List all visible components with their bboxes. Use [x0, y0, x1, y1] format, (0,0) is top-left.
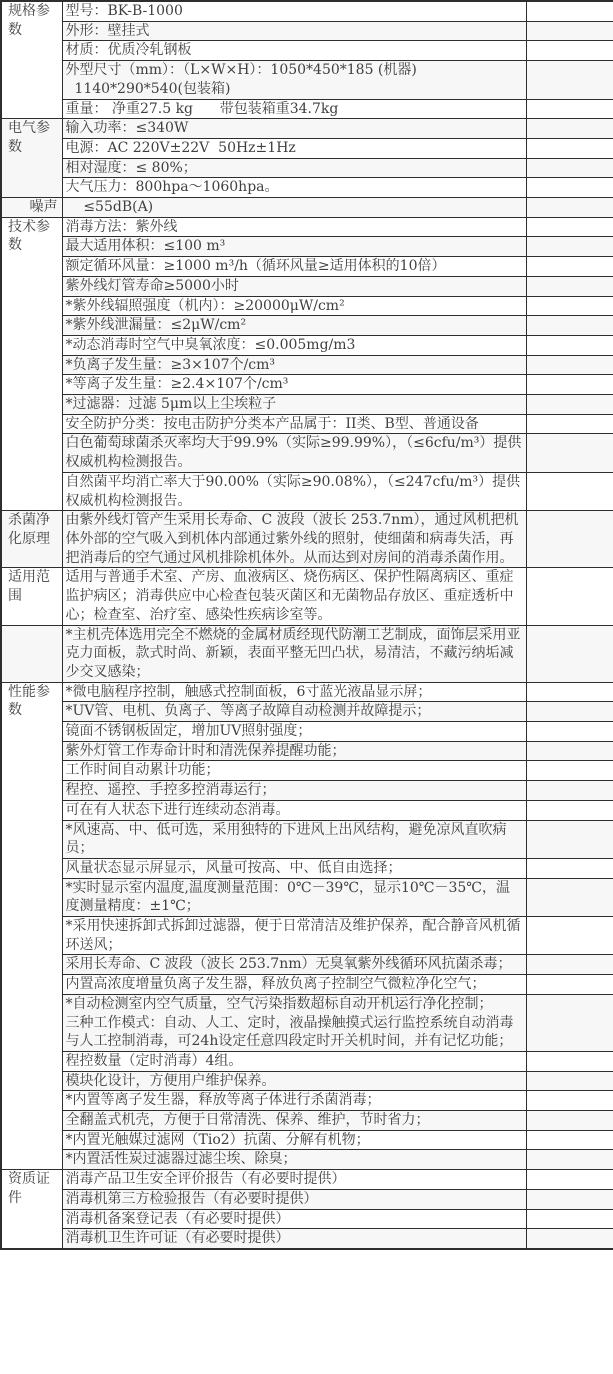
empty-note-cell [526, 511, 613, 568]
spec-text-cell: 程控数量（定时消毒）4组。 [62, 1051, 526, 1071]
table-row: *UV管、电机、负离子、等离子故障自动检测并故障提示； [1, 702, 613, 722]
empty-note-cell [526, 138, 613, 158]
empty-note-cell [526, 800, 613, 820]
empty-note-cell [526, 722, 613, 742]
spec-text-cell: 安全防护分类：按电击防护分类本产品属于：II类、B型、普通设备 [62, 414, 526, 434]
spec-text-cell: 风量状态显示屏显示，风量可按高、中、低自由选择； [62, 858, 526, 878]
table-row: *主机壳体选用完全不燃烧的金属材质经现代防潮工艺制成，面饰层采用亚克力面板，款式… [1, 625, 613, 682]
spec-text-cell: 消毒机卫生许可证（有必要时提供） [62, 1229, 526, 1249]
spec-table-body: 规格参数型号：BK-B-1000外形：壁挂式材质：优质冷轧钢板外型尺寸（mm）：… [1, 1, 613, 1249]
empty-note-cell [526, 472, 613, 510]
table-row: *等离子发生量：≥2.4×107个/cm³ [1, 375, 613, 395]
table-row: 电源：AC 220V±22V 50Hz±1Hz [1, 138, 613, 158]
table-row: 内置高浓度增量负离子发生器，释放负离子控制空气微粒净化空气； [1, 975, 613, 995]
table-row: *采用快速拆卸式拆卸过滤器，便于日常清洁及维护保养，配合静音风机循环送风； [1, 917, 613, 955]
table-row: *紫外线辐照强度（机内）：≥20000μW/cm² [1, 296, 613, 316]
spec-text-cell: 全翻盖式机壳，方便于日常清洗、保养、维护，节时省力； [62, 1111, 526, 1131]
empty-note-cell [526, 1209, 613, 1229]
spec-text-cell: 最大适用体积：≤100 m³ [62, 237, 526, 257]
table-row: 消毒机卫生许可证（有必要时提供） [1, 1229, 613, 1249]
category-cell-empty [1, 625, 62, 682]
table-row: 自然菌平均消亡率大于90.00%（实际≥90.08%），（≤247cfu/m³）… [1, 472, 613, 510]
category-cell: 电气参数 [1, 119, 62, 198]
empty-note-cell [526, 217, 613, 237]
spec-text-cell: 材质：优质冷轧钢板 [62, 41, 526, 61]
category-cell: 技术参数 [1, 217, 62, 511]
empty-note-cell [526, 61, 613, 99]
empty-note-cell [526, 99, 613, 119]
spec-text-cell: *等离子发生量：≥2.4×107个/cm³ [62, 375, 526, 395]
table-row: 全翻盖式机壳，方便于日常清洗、保养、维护，节时省力； [1, 1111, 613, 1131]
empty-note-cell [526, 702, 613, 722]
table-row: *过滤器：过滤 5μm以上尘埃粒子 [1, 395, 613, 415]
table-row: 材质：优质冷轧钢板 [1, 41, 613, 61]
empty-note-cell [526, 682, 613, 702]
table-row: 消毒机备案登记表（有必要时提供） [1, 1209, 613, 1229]
empty-note-cell [526, 119, 613, 139]
spec-text-cell: *自动检测室内空气质量，空气污染指数超标自动开机运行净化控制； 三种工作模式：自… [62, 994, 526, 1051]
table-row: *实时显示室内温度,温度测量范围：0℃－39℃，显示10℃－35℃，温度测量精度… [1, 878, 613, 916]
empty-note-cell [526, 296, 613, 316]
table-row: 性能参数*微电脑程序控制，触感式控制面板，6寸蓝光液晶显示屏； [1, 682, 613, 702]
spec-text-cell: 消毒机备案登记表（有必要时提供） [62, 1209, 526, 1229]
spec-text-cell: 白色葡萄球菌杀灭率均大于99.9%（实际≥99.99%），（≤6cfu/m³）提… [62, 434, 526, 472]
empty-note-cell [526, 625, 613, 682]
category-cell: 适用范围 [1, 568, 62, 625]
empty-note-cell [526, 414, 613, 434]
spec-text-cell: *微电脑程序控制，触感式控制面板，6寸蓝光液晶显示屏； [62, 682, 526, 702]
spec-text-cell: 相对湿度：≤ 80%； [62, 158, 526, 178]
empty-note-cell [526, 955, 613, 975]
spec-text-cell: 电源：AC 220V±22V 50Hz±1Hz [62, 138, 526, 158]
table-row: *负离子发生量：≥3×107个/cm³ [1, 355, 613, 375]
spec-text-cell: 紫外线灯管寿命≥5000小时 [62, 276, 526, 296]
table-row: *动态消毒时空气中臭氧浓度：≤0.005mg/m3 [1, 335, 613, 355]
spec-text-cell: *紫外线辐照强度（机内）：≥20000μW/cm² [62, 296, 526, 316]
spec-text-cell: *负离子发生量：≥3×107个/cm³ [62, 355, 526, 375]
table-row: *紫外线泄漏量：≤2μW/cm² [1, 316, 613, 336]
spec-text-cell: 适用与普通手术室、产房、血液病区、烧伤病区、保护性隔离病区、重症监护病区；消毒供… [62, 568, 526, 625]
table-row: 安全防护分类：按电击防护分类本产品属于：II类、B型、普通设备 [1, 414, 613, 434]
empty-note-cell [526, 158, 613, 178]
empty-note-cell [526, 198, 613, 218]
table-row: *内置活性炭过滤器过滤尘埃、除臭； [1, 1150, 613, 1170]
table-row: 可在有人状态下进行连续动态消毒。 [1, 800, 613, 820]
empty-note-cell [526, 820, 613, 858]
empty-note-cell [526, 434, 613, 472]
empty-note-cell [526, 1111, 613, 1131]
table-row: 程控数量（定时消毒）4组。 [1, 1051, 613, 1071]
spec-text-cell: 消毒产品卫生安全评价报告（有必要时提供） [62, 1170, 526, 1190]
spec-text-cell: 外形：壁挂式 [62, 21, 526, 41]
spec-text-cell: *风速高、中、低可选，采用独特的下进风上出风结构，避免凉风直吹病员； [62, 820, 526, 858]
spec-text-cell: *内置活性炭过滤器过滤尘埃、除臭； [62, 1150, 526, 1170]
table-row: 工作时间自动累计功能； [1, 761, 613, 781]
empty-note-cell [526, 41, 613, 61]
spec-text-cell: *UV管、电机、负离子、等离子故障自动检测并故障提示； [62, 702, 526, 722]
empty-note-cell [526, 178, 613, 198]
table-row: 外型尺寸（mm）：（L×W×H）：1050*450*185 (机器) 1140*… [1, 61, 613, 99]
empty-note-cell [526, 375, 613, 395]
table-row: 紫外线灯管寿命≥5000小时 [1, 276, 613, 296]
table-row: 白色葡萄球菌杀灭率均大于99.9%（实际≥99.99%），（≤6cfu/m³）提… [1, 434, 613, 472]
spec-text-cell: 程控、遥控、手控多控消毒运行； [62, 781, 526, 801]
table-row: *内置等离子发生器，释放等离子体进行杀菌消毒； [1, 1091, 613, 1111]
table-row: 模块化设计，方便用户维护保养。 [1, 1071, 613, 1091]
table-row: 消毒机第三方检验报告（有必要时提供） [1, 1189, 613, 1209]
empty-note-cell [526, 741, 613, 761]
spec-text-cell: 镜面不锈钢板固定，增加UV照射强度； [62, 722, 526, 742]
spec-text-cell: *实时显示室内温度,温度测量范围：0℃－39℃，显示10℃－35℃，温度测量精度… [62, 878, 526, 916]
empty-note-cell [526, 1229, 613, 1249]
empty-note-cell [526, 237, 613, 257]
spec-text-cell: 输入功率：≤340W [62, 119, 526, 139]
spec-text-cell: 紫外灯管工作寿命计时和清洗保养提醒功能； [62, 741, 526, 761]
empty-note-cell [526, 1150, 613, 1170]
category-cell: 规格参数 [1, 1, 62, 119]
category-cell: 性能参数 [1, 682, 62, 1170]
empty-note-cell [526, 878, 613, 916]
spec-text-cell: 消毒机第三方检验报告（有必要时提供） [62, 1189, 526, 1209]
table-row: *自动检测室内空气质量，空气污染指数超标自动开机运行净化控制； 三种工作模式：自… [1, 994, 613, 1051]
table-row: 噪声 ≤55dB(A) [1, 198, 613, 218]
spec-text-cell: 额定循环风量：≥1000 m³/h（循环风量≥适用体积的10倍） [62, 257, 526, 277]
empty-note-cell [526, 316, 613, 336]
spec-text-cell: 由紫外线灯管产生采用长寿命、C 波段（波长 253.7nm），通过风机把机体外部… [62, 511, 526, 568]
spec-text-cell: 采用长寿命、C 波段（波长 253.7nm）无臭氧紫外线循环风抗菌杀毒； [62, 955, 526, 975]
spec-text-cell: *内置光触媒过滤网（Tio2）抗菌、分解有机物； [62, 1130, 526, 1150]
empty-note-cell [526, 568, 613, 625]
table-row: 电气参数输入功率：≤340W [1, 119, 613, 139]
spec-text-cell: 自然菌平均消亡率大于90.00%（实际≥90.08%），（≤247cfu/m³）… [62, 472, 526, 510]
empty-note-cell [526, 1, 613, 21]
spec-text-cell: 内置高浓度增量负离子发生器，释放负离子控制空气微粒净化空气； [62, 975, 526, 995]
table-row: 采用长寿命、C 波段（波长 253.7nm）无臭氧紫外线循环风抗菌杀毒； [1, 955, 613, 975]
spec-text-cell: 大气压力：800hpa～1060hpa。 [62, 178, 526, 198]
table-row: *风速高、中、低可选，采用独特的下进风上出风结构，避免凉风直吹病员； [1, 820, 613, 858]
category-cell: 噪声 [1, 198, 62, 218]
empty-note-cell [526, 395, 613, 415]
spec-text-cell: *主机壳体选用完全不燃烧的金属材质经现代防潮工艺制成，面饰层采用亚克力面板，款式… [62, 625, 526, 682]
table-row: 规格参数型号：BK-B-1000 [1, 1, 613, 21]
table-row: 镜面不锈钢板固定，增加UV照射强度； [1, 722, 613, 742]
spec-text-cell: 消毒方法：紫外线 [62, 217, 526, 237]
empty-note-cell [526, 1170, 613, 1190]
spec-text-cell: 模块化设计，方便用户维护保养。 [62, 1071, 526, 1091]
empty-note-cell [526, 1189, 613, 1209]
table-row: 紫外灯管工作寿命计时和清洗保养提醒功能； [1, 741, 613, 761]
table-row: 资质证件消毒产品卫生安全评价报告（有必要时提供） [1, 1170, 613, 1190]
table-row: 适用范围适用与普通手术室、产房、血液病区、烧伤病区、保护性隔离病区、重症监护病区… [1, 568, 613, 625]
spec-table: 规格参数型号：BK-B-1000外形：壁挂式材质：优质冷轧钢板外型尺寸（mm）：… [0, 0, 613, 1250]
empty-note-cell [526, 917, 613, 955]
spec-text-cell: *动态消毒时空气中臭氧浓度：≤0.005mg/m3 [62, 335, 526, 355]
empty-note-cell [526, 1130, 613, 1150]
table-row: 相对湿度：≤ 80%； [1, 158, 613, 178]
table-row: 大气压力：800hpa～1060hpa。 [1, 178, 613, 198]
empty-note-cell [526, 257, 613, 277]
spec-text-cell: *紫外线泄漏量：≤2μW/cm² [62, 316, 526, 336]
empty-note-cell [526, 276, 613, 296]
empty-note-cell [526, 1051, 613, 1071]
spec-text-cell: *内置等离子发生器，释放等离子体进行杀菌消毒； [62, 1091, 526, 1111]
table-row: 最大适用体积：≤100 m³ [1, 237, 613, 257]
category-cell: 杀菌净化原理 [1, 511, 62, 568]
table-row: 重量： 净重27.5 kg 带包装箱重34.7kg [1, 99, 613, 119]
table-row: 杀菌净化原理由紫外线灯管产生采用长寿命、C 波段（波长 253.7nm），通过风… [1, 511, 613, 568]
empty-note-cell [526, 21, 613, 41]
category-cell: 资质证件 [1, 1170, 62, 1249]
table-row: *内置光触媒过滤网（Tio2）抗菌、分解有机物； [1, 1130, 613, 1150]
empty-note-cell [526, 858, 613, 878]
spec-text-cell: 外型尺寸（mm）：（L×W×H）：1050*450*185 (机器) 1140*… [62, 61, 526, 99]
empty-note-cell [526, 781, 613, 801]
table-row: 技术参数消毒方法：紫外线 [1, 217, 613, 237]
empty-note-cell [526, 1091, 613, 1111]
table-row: 额定循环风量：≥1000 m³/h（循环风量≥适用体积的10倍） [1, 257, 613, 277]
table-row: 外形：壁挂式 [1, 21, 613, 41]
empty-note-cell [526, 975, 613, 995]
empty-note-cell [526, 335, 613, 355]
table-row: 程控、遥控、手控多控消毒运行； [1, 781, 613, 801]
table-row: 风量状态显示屏显示，风量可按高、中、低自由选择； [1, 858, 613, 878]
empty-note-cell [526, 355, 613, 375]
spec-text-cell: ≤55dB(A) [62, 198, 526, 218]
spec-text-cell: 重量： 净重27.5 kg 带包装箱重34.7kg [62, 99, 526, 119]
spec-text-cell: 可在有人状态下进行连续动态消毒。 [62, 800, 526, 820]
spec-text-cell: *过滤器：过滤 5μm以上尘埃粒子 [62, 395, 526, 415]
spec-text-cell: 工作时间自动累计功能； [62, 761, 526, 781]
spec-text-cell: *采用快速拆卸式拆卸过滤器，便于日常清洁及维护保养，配合静音风机循环送风； [62, 917, 526, 955]
spec-text-cell: 型号：BK-B-1000 [62, 1, 526, 21]
empty-note-cell [526, 761, 613, 781]
empty-note-cell [526, 1071, 613, 1091]
empty-note-cell [526, 994, 613, 1051]
